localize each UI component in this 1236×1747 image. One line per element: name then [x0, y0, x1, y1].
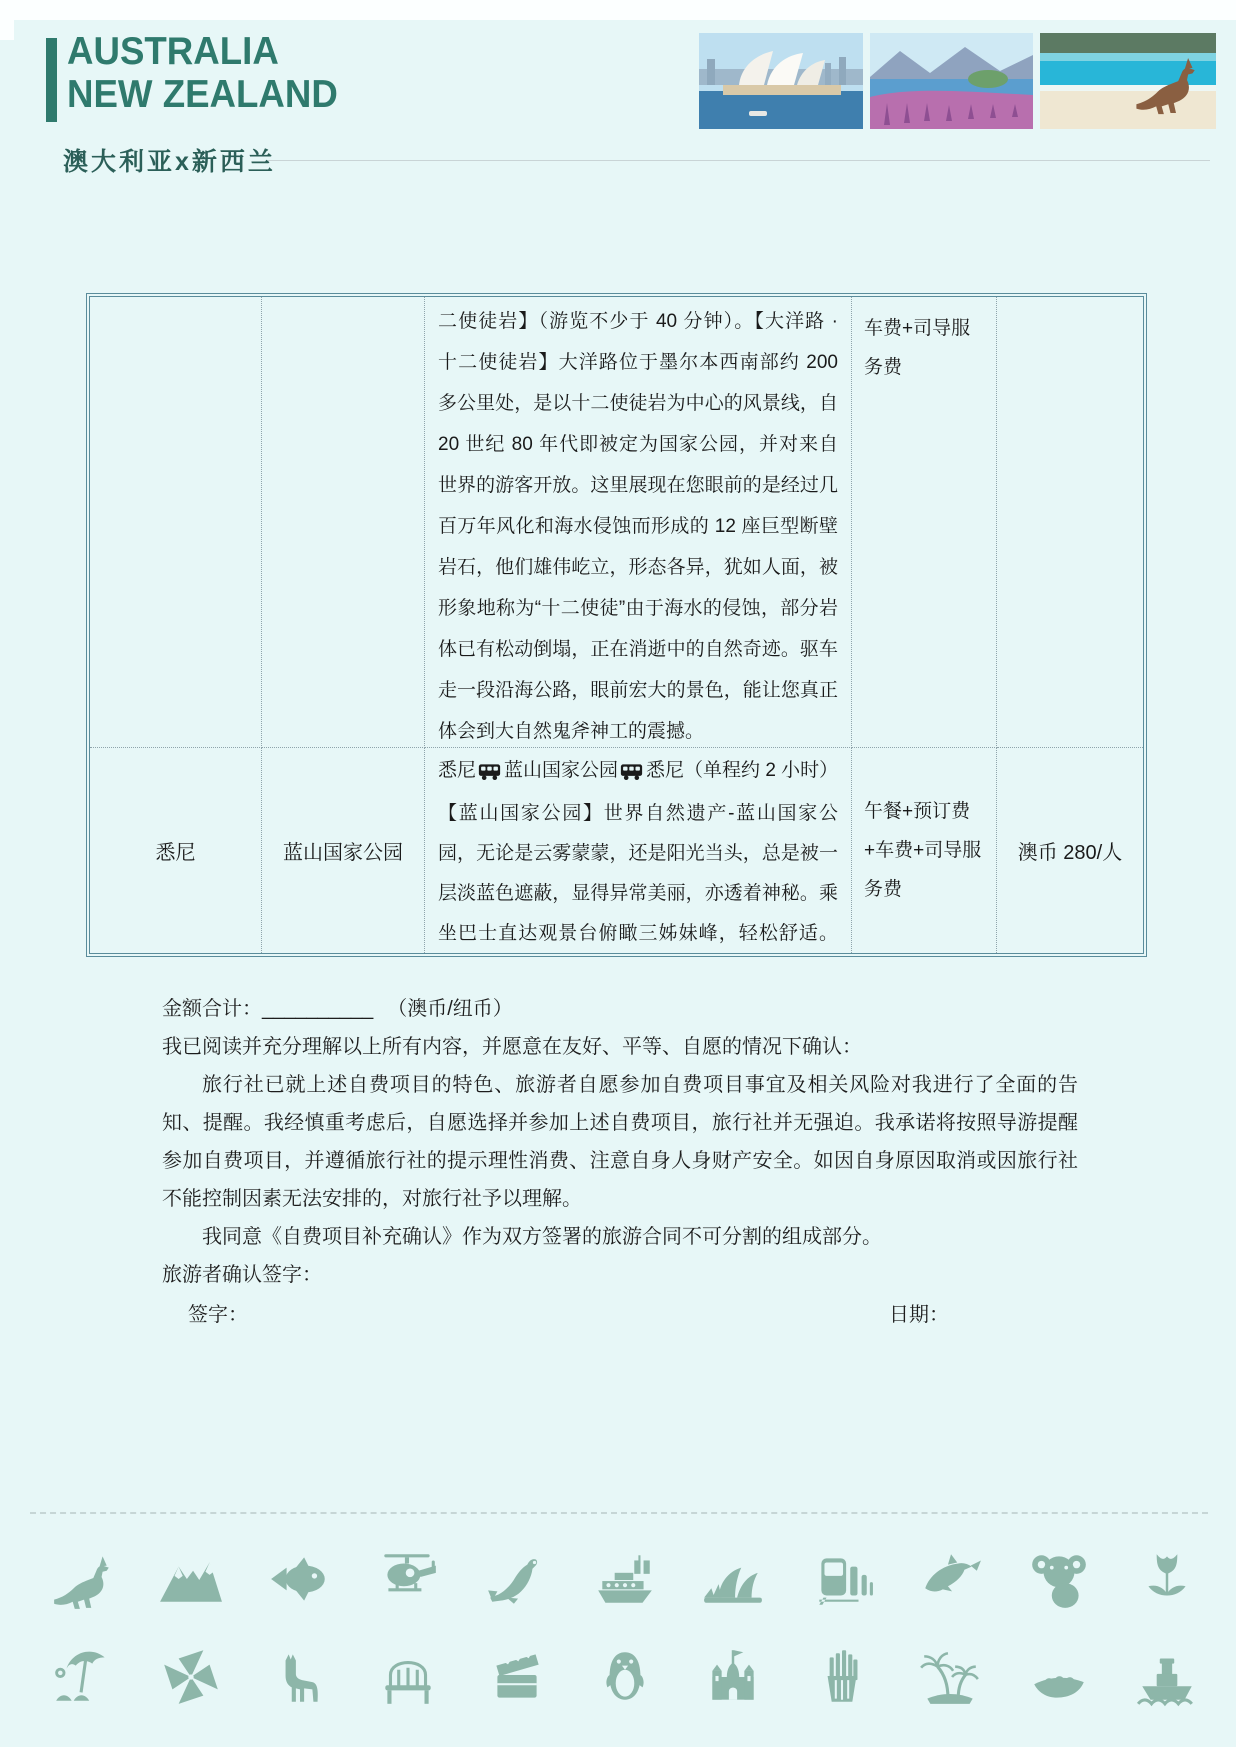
- koala-icon: [1026, 1546, 1092, 1612]
- date-label[interactable]: 日期：: [889, 1296, 949, 1334]
- signer-intro: 旅游者确认签字：: [162, 1256, 1078, 1294]
- brand-logo: AUSTRALIA NEW ZEALAND: [67, 30, 338, 116]
- seal-icon: [484, 1546, 550, 1612]
- logo-accent-bar: [46, 38, 57, 122]
- page: AUSTRALIA NEW ZEALAND 澳大利亚x新西兰: [0, 0, 1236, 1747]
- tulip-icon: [1134, 1546, 1200, 1612]
- fries-icon: [809, 1644, 875, 1710]
- footer-icon-row-2: [50, 1638, 1200, 1716]
- site-cell: [262, 297, 425, 748]
- dolphin-icon: [917, 1546, 983, 1612]
- route-mid: 蓝山国家公园: [504, 748, 618, 794]
- beach-umbrella-icon: [50, 1644, 116, 1710]
- opera-house-icon: [700, 1546, 766, 1612]
- kangaroo-beach-photo: [1040, 33, 1216, 129]
- optional-tour-table: 二使徒岩】（游览不少于 40 分钟）。【大洋路 · 十二使徒岩】大洋路位于墨尔本…: [86, 293, 1147, 957]
- bus-icon: [620, 762, 643, 781]
- confirm-intro: 我已阅读并充分理解以上所有内容，并愿意在友好、平等、自愿的情况下确认：: [162, 1028, 1078, 1066]
- site-cell: 蓝山国家公园: [262, 748, 425, 953]
- description-cell: 悉尼 蓝山国家公园 悉尼 （单程约 2 小时） 【蓝山国家公园】世界自然遗产-蓝…: [425, 748, 852, 953]
- header-photos: [699, 33, 1216, 129]
- church-icon: [700, 1644, 766, 1710]
- tour-description: 【蓝山国家公园】世界自然遗产-蓝山国家公园，无论是云雾蒙蒙，还是阳光当头，总是被…: [438, 794, 838, 953]
- total-label: 金额合计：: [162, 998, 262, 1020]
- lupin-lake-photo: [870, 33, 1033, 129]
- signature-row: 签字： 日期：: [162, 1296, 1078, 1334]
- rowing-boat-icon: [1026, 1644, 1092, 1710]
- tour-description: 二使徒岩】（游览不少于 40 分钟）。【大洋路 · 十二使徒岩】大洋路位于墨尔本…: [425, 297, 851, 748]
- description-cell: 二使徒岩】（游览不少于 40 分钟）。【大洋路 · 十二使徒岩】大洋路位于墨尔本…: [425, 297, 852, 748]
- total-line: 金额合计：__________（澳币/纽币）: [162, 990, 1078, 1028]
- penguin-icon: [592, 1644, 658, 1710]
- route-to: 悉尼: [646, 748, 684, 794]
- total-currency: （澳币/纽币）: [387, 998, 513, 1020]
- footer-icon-row-1: [50, 1540, 1200, 1618]
- llama-icon: [267, 1644, 333, 1710]
- ferry-icon: [592, 1546, 658, 1612]
- agreement-paragraph: 旅行社已就上述自费项目的特色、旅游者自愿参加自费项目事宜及相关风险对我进行了全面…: [162, 1066, 1078, 1218]
- tour-description-block: 悉尼 蓝山国家公园 悉尼 （单程约 2 小时） 【蓝山国家公园】世界自然遗产-蓝…: [425, 748, 851, 953]
- included-fees-cell: 车费+司导服务费: [852, 297, 997, 748]
- logo-line-1: AUSTRALIA: [67, 30, 338, 73]
- total-blank-field[interactable]: __________: [262, 998, 373, 1020]
- helicopter-icon: [375, 1546, 441, 1612]
- bus-icon: [478, 762, 501, 781]
- pinwheel-icon: [158, 1644, 224, 1710]
- price-cell: [997, 297, 1143, 748]
- sydney-opera-house-photo: [699, 33, 863, 129]
- city-cell: 悉尼: [90, 748, 262, 953]
- route-line: 悉尼 蓝山国家公园 悉尼 （单程约 2 小时）: [438, 748, 838, 794]
- fish-icon: [267, 1546, 333, 1612]
- kangaroo-icon: [50, 1546, 116, 1612]
- header-divider-line: [268, 160, 1210, 161]
- included-fees-text: 午餐+预订费+车费+司导服务费: [864, 792, 984, 909]
- route-duration: （单程约 2 小时）: [684, 748, 838, 794]
- left-margin-strip: [0, 0, 14, 40]
- price-cell: 澳币 280/人: [997, 748, 1143, 953]
- city-cell: [90, 297, 262, 748]
- palm-island-icon: [917, 1644, 983, 1710]
- footer-dashed-divider: [30, 1512, 1208, 1514]
- route-from: 悉尼: [438, 748, 476, 794]
- bench-icon: [375, 1644, 441, 1710]
- logo-line-2: NEW ZEALAND: [67, 73, 338, 116]
- top-margin-strip: [0, 0, 1236, 20]
- confirmation-section: 金额合计：__________（澳币/纽币） 我已阅读并充分理解以上所有内容，并…: [162, 990, 1078, 1334]
- ship-icon: [1134, 1644, 1200, 1710]
- included-fees-cell: 午餐+预订费+车费+司导服务费: [852, 748, 997, 953]
- train-icon: [809, 1546, 875, 1612]
- mountains-icon: [158, 1546, 224, 1612]
- logo-subtitle: 澳大利亚x新西兰: [63, 142, 276, 178]
- supplement-paragraph: 我同意《自费项目补充确认》作为双方签署的旅游合同不可分割的组成部分。: [162, 1218, 1078, 1256]
- signature-label[interactable]: 签字：: [188, 1296, 248, 1334]
- clapperboard-icon: [484, 1644, 550, 1710]
